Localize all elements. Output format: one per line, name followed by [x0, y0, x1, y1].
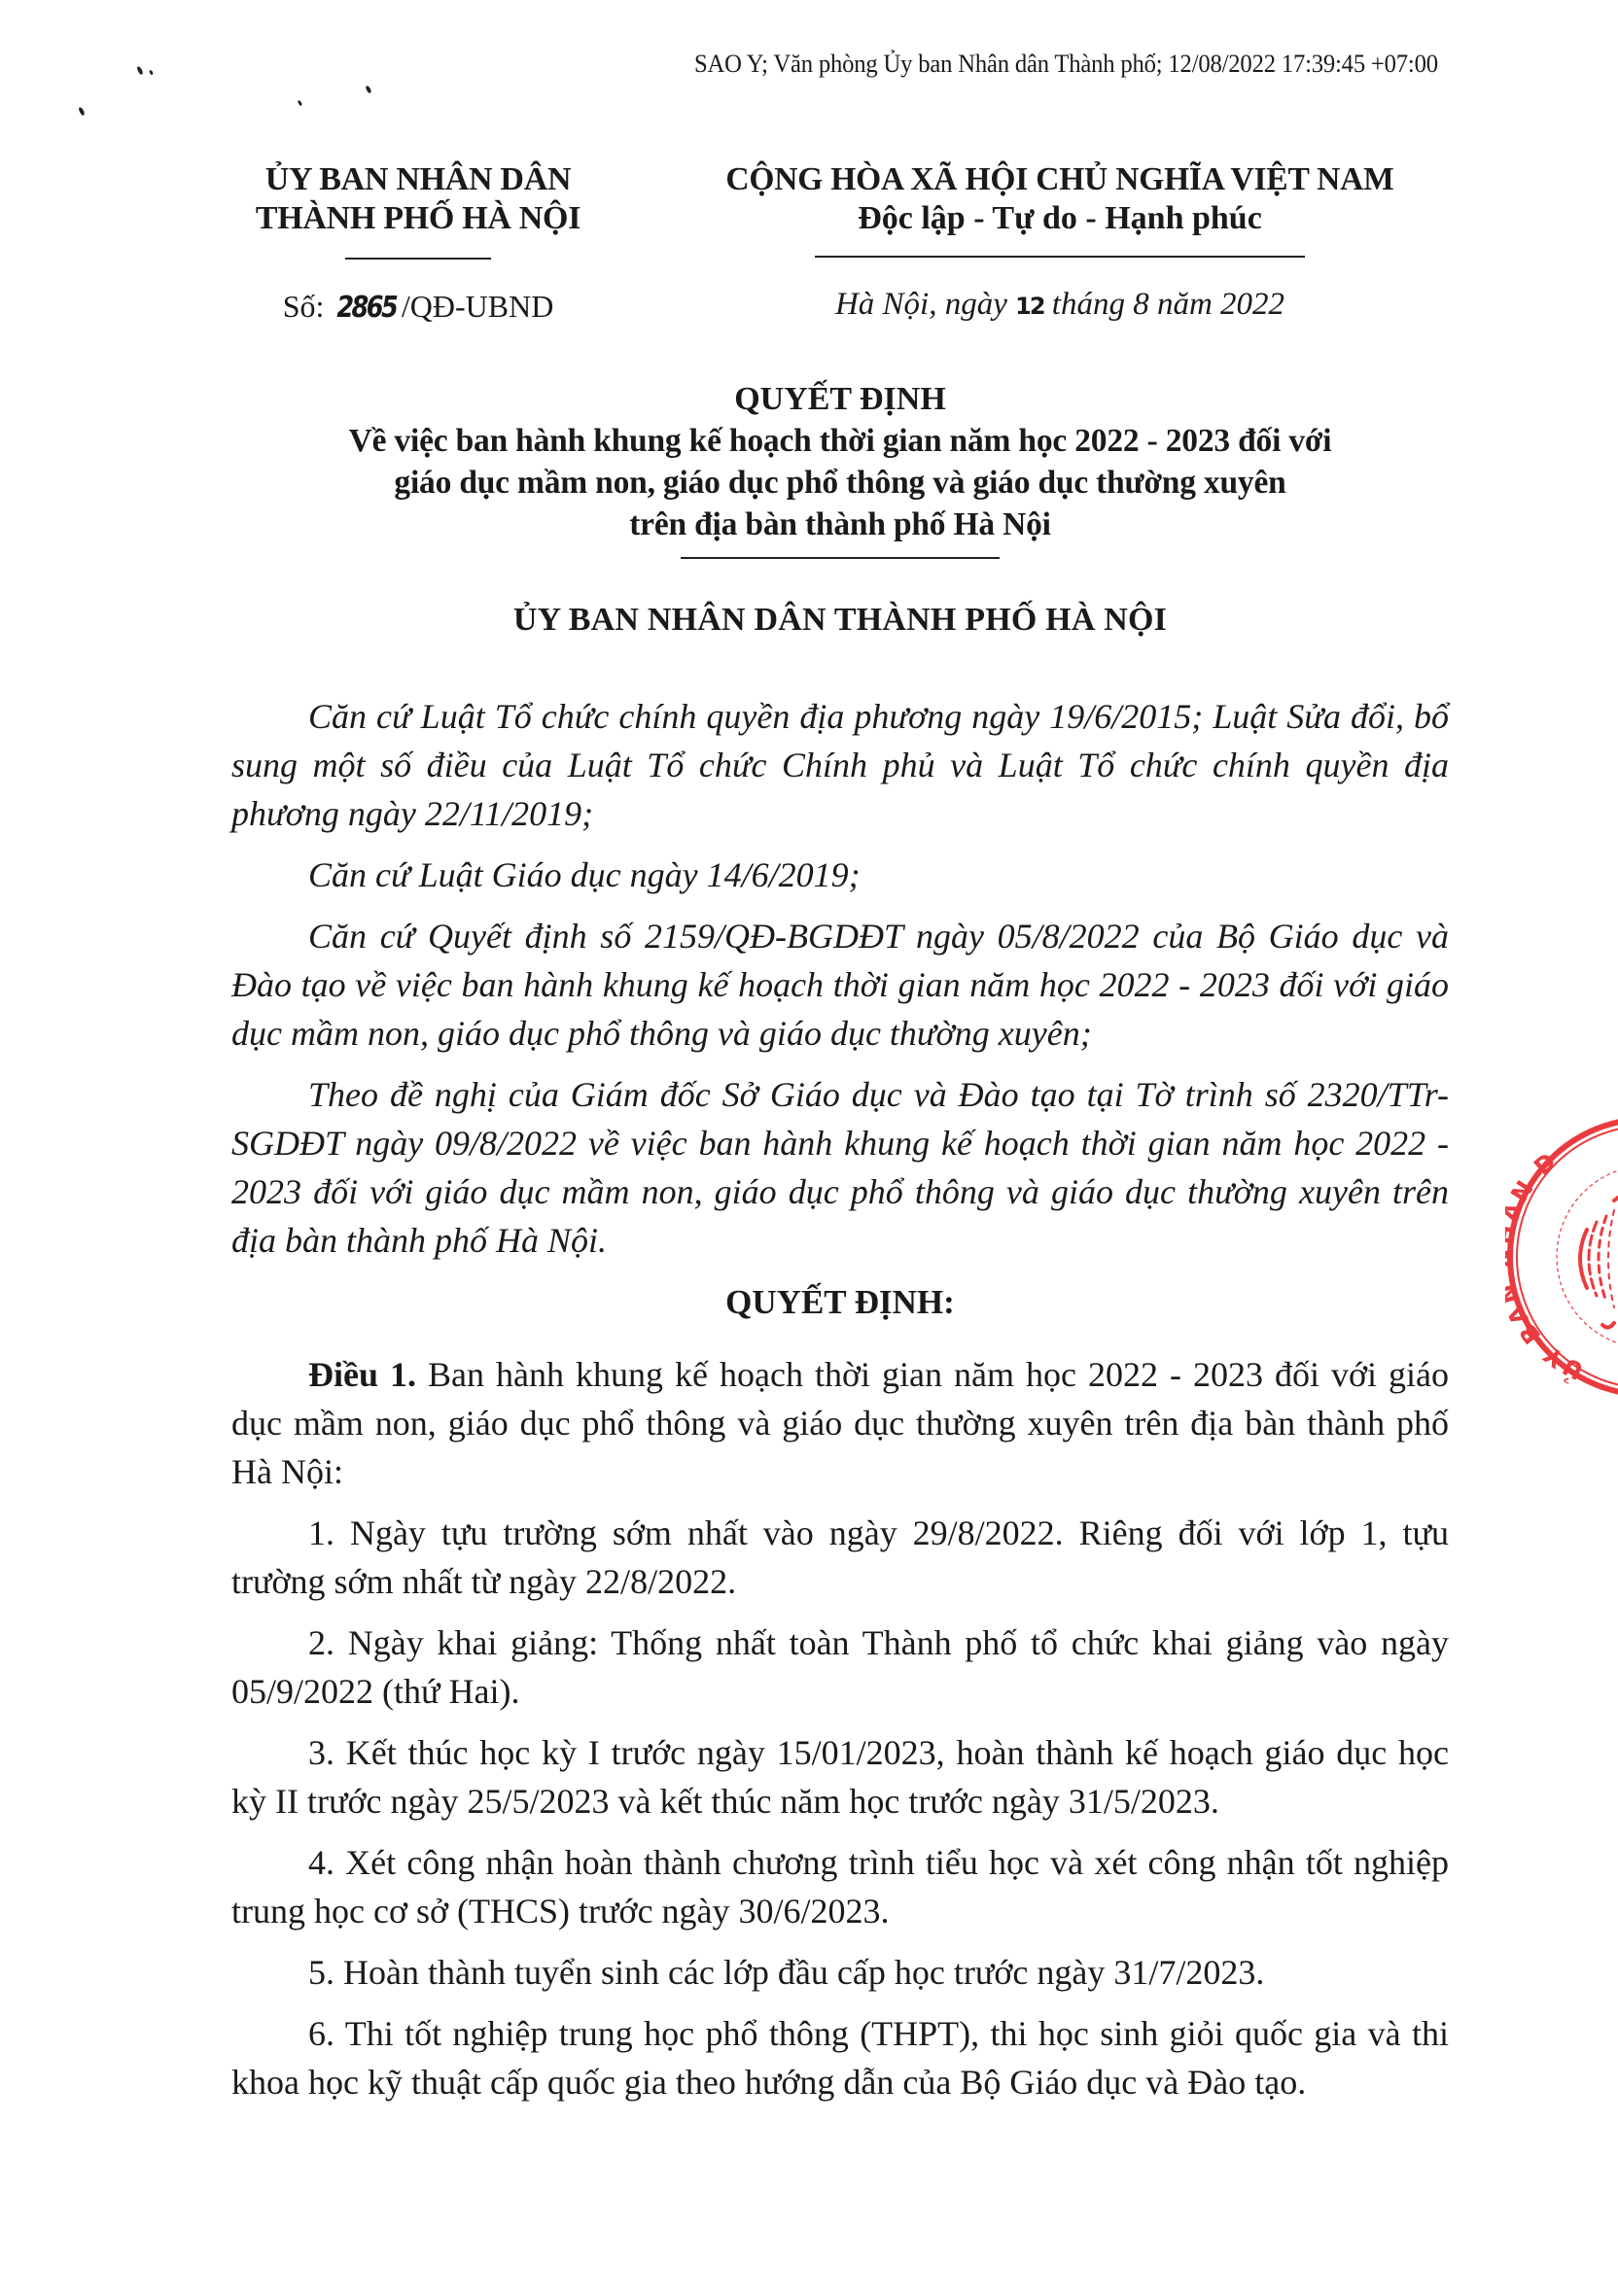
proposal-paragraph: Theo đề nghị của Giám đốc Sở Giáo dục và… [231, 1070, 1449, 1265]
subject-line: trên địa bàn thành phố Hà Nội [231, 504, 1449, 545]
nation-header: CỘNG HÒA XÃ HỘI CHỦ NGHĨA VIỆT NAM Độc l… [661, 160, 1459, 326]
article-1-item: 1. Ngày tựu trường sớm nhất vào ngày 29/… [231, 1509, 1449, 1606]
subject-line: giáo dục mầm non, giáo dục phổ thông và … [231, 462, 1449, 504]
preamble: Căn cứ Luật Tổ chức chính quyền địa phươ… [231, 692, 1449, 1265]
document-body: Căn cứ Luật Tổ chức chính quyền địa phươ… [231, 692, 1449, 2119]
scan-speck [78, 107, 85, 117]
issuer-line-1: ỦY BAN NHÂN DÂN [194, 160, 642, 199]
document-number-handwritten: 2865 [337, 289, 397, 328]
issuer-line-2: THÀNH PHỐ HÀ NỘI [194, 199, 642, 238]
article-1-item: 6. Thi tốt nghiệp trung học phổ thông (T… [231, 2009, 1449, 2106]
seal-stamp-icon: ỦY BAN NHÂN D [1505, 1113, 1618, 1405]
scan-speck [298, 100, 302, 107]
date-suffix: tháng 8 năm 2022 [1044, 287, 1285, 322]
date-prefix: Hà Nội, ngày [835, 287, 1015, 322]
issuer-underline [345, 258, 491, 260]
nation-name: CỘNG HÒA XÃ HỘI CHỦ NGHĨA VIỆT NAM [661, 160, 1459, 199]
article-1-item: 3. Kết thúc học kỳ I trước ngày 15/01/20… [231, 1728, 1449, 1826]
article-1-item: 5. Hoàn thành tuyển sinh các lớp đầu cấp… [231, 1948, 1449, 1997]
document-number: Số: 2865/QĐ-UBND [194, 287, 642, 328]
svg-text:ỦY BAN NHÂN D: ỦY BAN NHÂN D [1505, 1146, 1588, 1390]
motto-underline [815, 256, 1305, 258]
title-block: QUYẾT ĐỊNH Về việc ban hành khung kế hoạ… [231, 379, 1449, 641]
issuer-header: ỦY BAN NHÂN DÂN THÀNH PHỐ HÀ NỘI Số: 286… [194, 160, 642, 328]
scan-speck [136, 66, 143, 76]
legal-basis-paragraph: Căn cứ Luật Tổ chức chính quyền địa phươ… [231, 692, 1449, 838]
issuing-authority: ỦY BAN NHÂN DÂN THÀNH PHỐ HÀ NỘI [231, 600, 1449, 641]
date-day-handwritten: 12 [1015, 293, 1043, 320]
legal-basis-paragraph: Căn cứ Luật Giáo dục ngày 14/6/2019; [231, 851, 1449, 899]
legal-basis-paragraph: Căn cứ Quyết định số 2159/QĐ-BGDĐT ngày … [231, 912, 1449, 1058]
decision-heading: QUYẾT ĐỊNH: [231, 1278, 1449, 1327]
scan-speck [149, 70, 154, 76]
subject-line: Về việc ban hành khung kế hoạch thời gia… [231, 420, 1449, 462]
national-motto: Độc lập - Tự do - Hạnh phúc [661, 199, 1459, 238]
official-seal: ỦY BAN NHÂN D [1505, 1113, 1618, 1405]
document-number-suffix: /QĐ-UBND [402, 289, 553, 324]
article-1-item: 2. Ngày khai giảng: Thống nhất toàn Thàn… [231, 1618, 1449, 1716]
article-1-item: 4. Xét công nhận hoàn thành chương trình… [231, 1838, 1449, 1935]
place-and-date: Hà Nội, ngày 12 tháng 8 năm 2022 [661, 285, 1459, 326]
title-underline [681, 557, 1000, 559]
copy-stamp: SAO Y; Văn phòng Ủy ban Nhân dân Thành p… [694, 49, 1490, 79]
article-1-paragraph: Điều 1. Ban hành khung kế hoạch thời gia… [231, 1350, 1449, 1496]
scan-speck [365, 86, 371, 94]
article-1-label: Điều 1. [308, 1355, 416, 1394]
document-type: QUYẾT ĐỊNH [231, 379, 1449, 420]
document-number-prefix: Số: [283, 289, 333, 324]
